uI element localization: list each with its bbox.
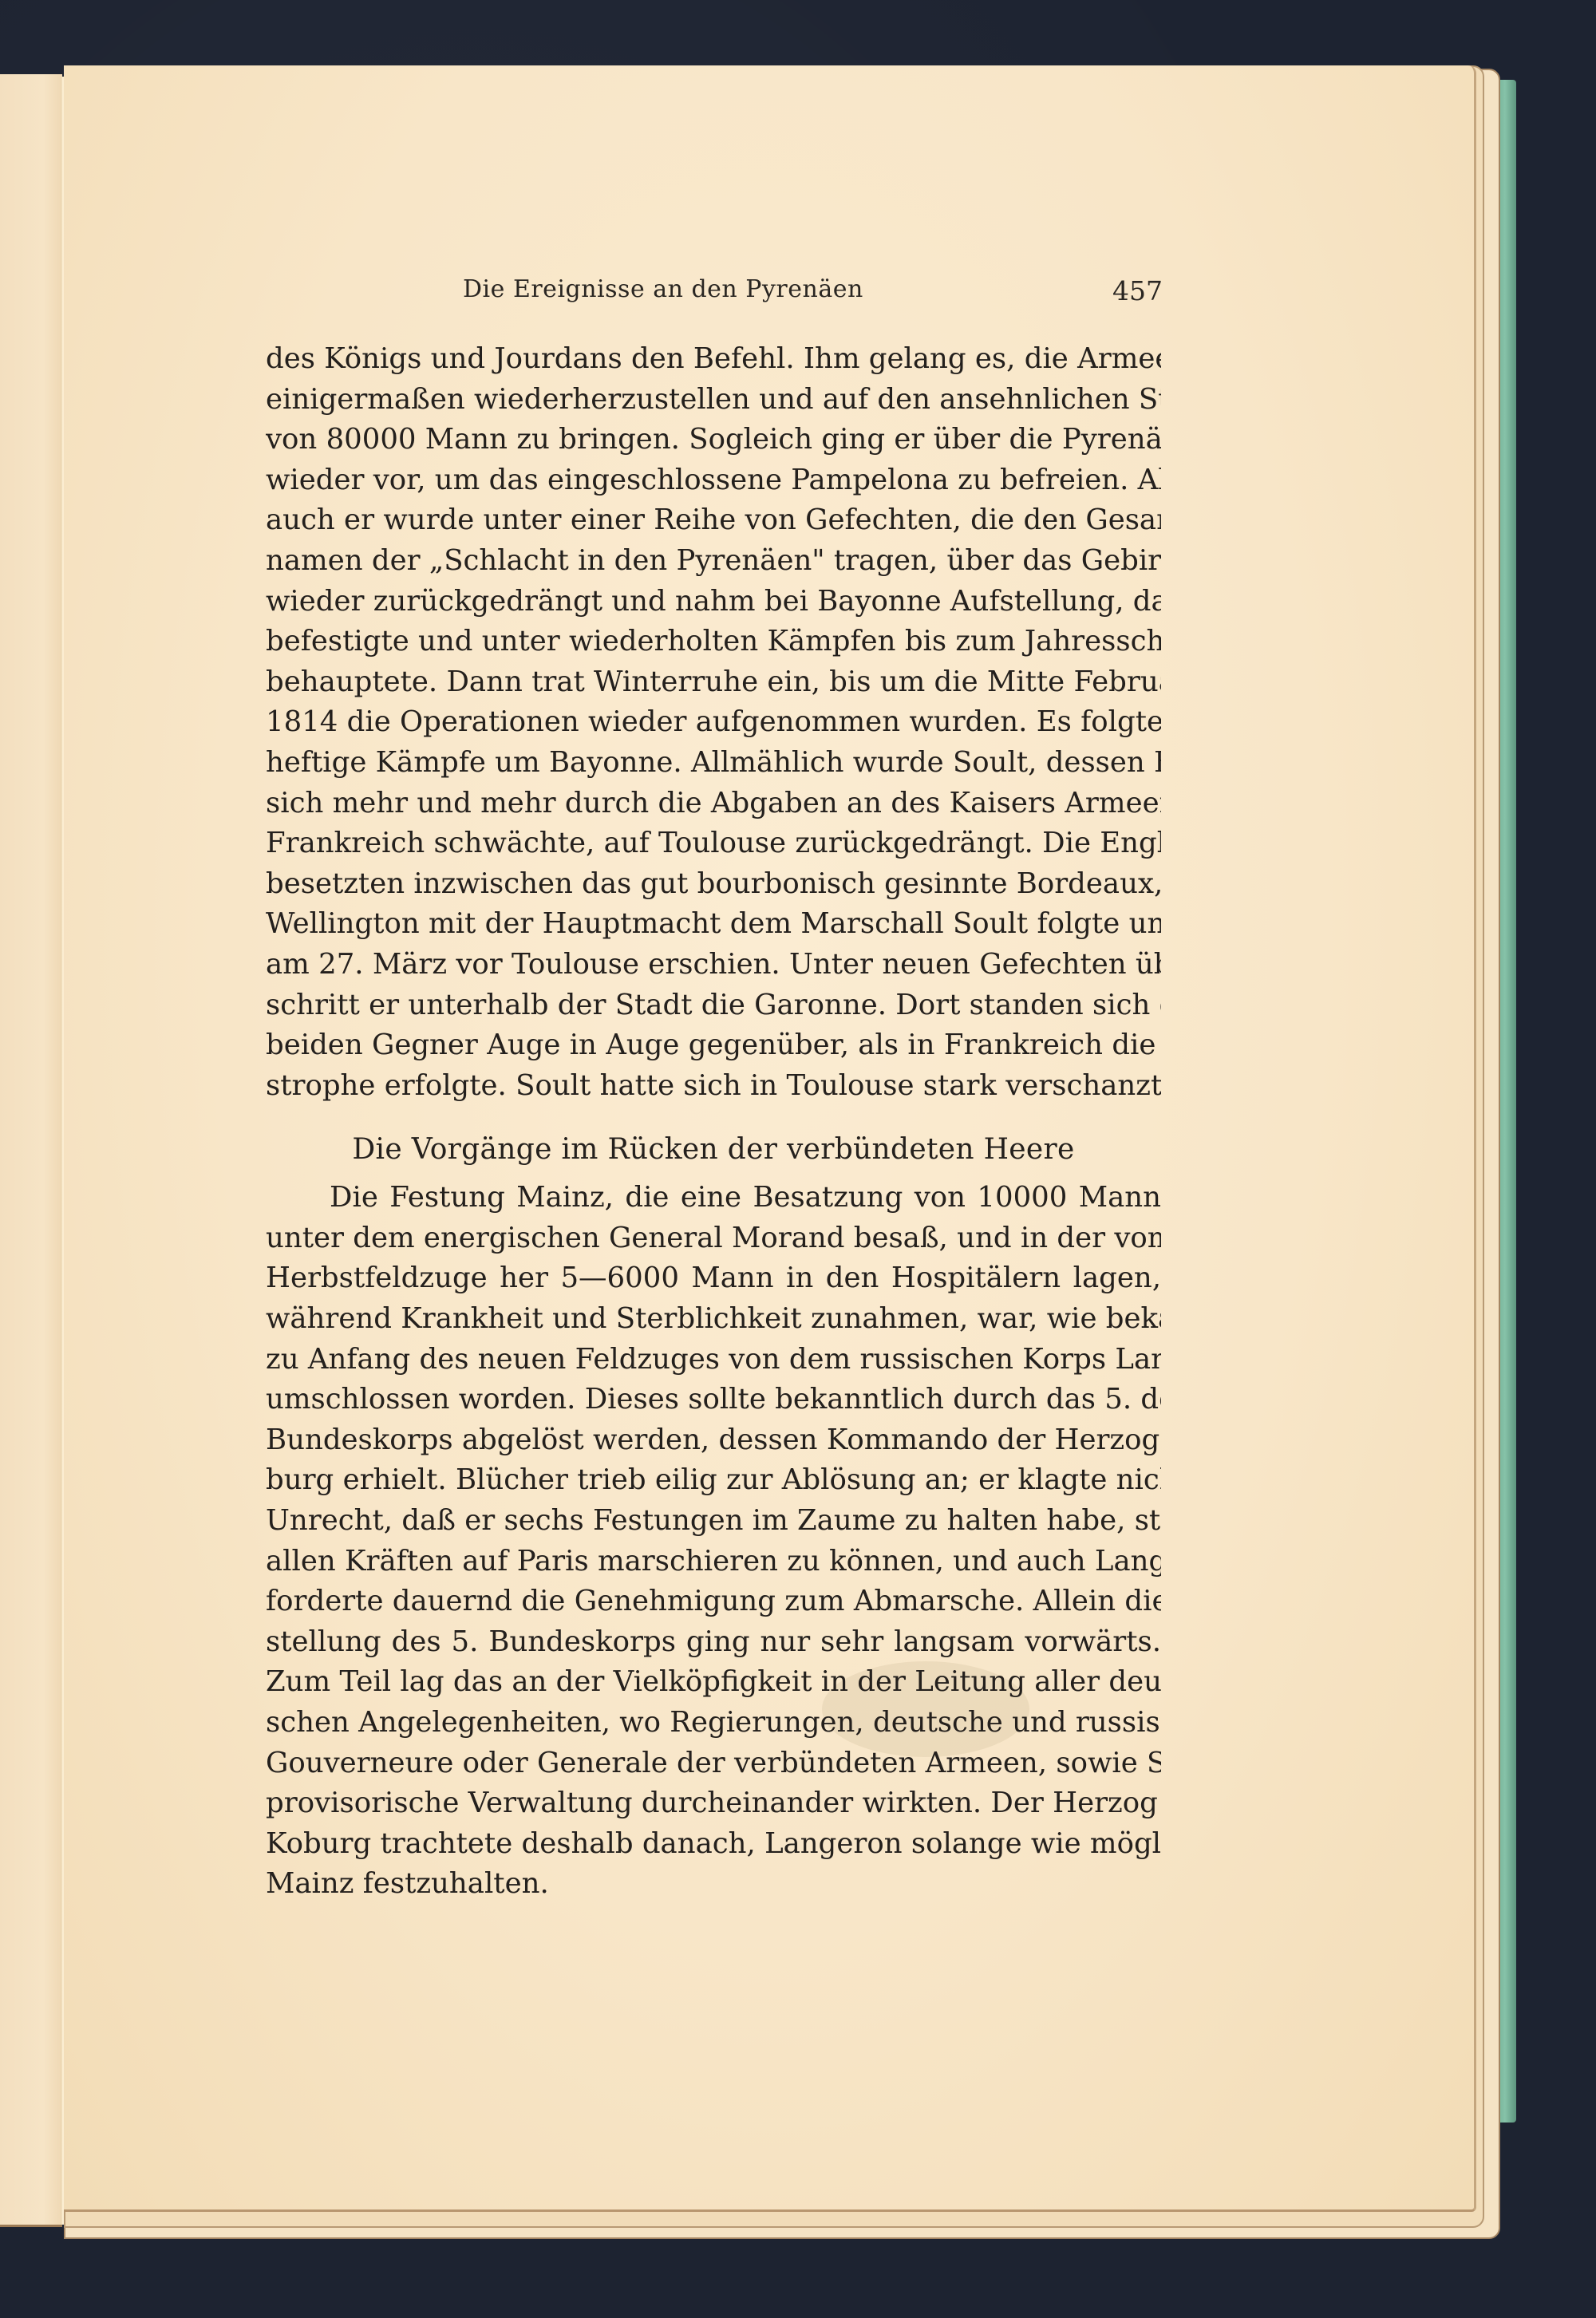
text-line: zu Anfang des neuen Feldzuges von dem ru… [266, 1340, 1161, 1380]
text-line: namen der „Schlacht in den Pyrenäen" tra… [266, 541, 1161, 582]
text-line: Koburg trachtete deshalb danach, Langero… [266, 1824, 1161, 1865]
paragraph-1: des Königs und Jourdans den Befehl. Ihm … [266, 339, 1161, 1106]
text-line: besetzten inzwischen das gut bourbonisch… [266, 864, 1161, 905]
text-line: auch er wurde unter einer Reihe von Gefe… [266, 500, 1161, 541]
text-line: stellung des 5. Bundeskorps ging nur seh… [266, 1622, 1161, 1663]
text-line: Frankreich schwächte, auf Toulouse zurüc… [266, 823, 1161, 864]
text-line: beiden Gegner Auge in Auge gegenüber, al… [266, 1025, 1161, 1066]
text-line: wieder vor, um das eingeschlossene Pampe… [266, 460, 1161, 501]
text-line: unter dem energischen General Morand bes… [266, 1218, 1161, 1259]
text-line: Zum Teil lag das an der Vielköpfigkeit i… [266, 1662, 1161, 1703]
text-line: befestigte und unter wiederholten Kämpfe… [266, 622, 1161, 662]
text-line: Herbstfeldzuge her 5—6000 Mann in den Ho… [266, 1258, 1161, 1299]
running-title: Die Ereignisse an den Pyrenäen [463, 275, 863, 303]
text-line: Die Festung Mainz, die eine Besatzung vo… [266, 1178, 1161, 1218]
text-line: strophe erfolgte. Soult hatte sich in To… [266, 1066, 1161, 1107]
text-line: wieder zurückgedrängt und nahm bei Bayon… [266, 582, 1161, 622]
text-line: schritt er unterhalb der Stadt die Garon… [266, 985, 1161, 1026]
text-line: während Krankheit und Sterblichkeit zuna… [266, 1299, 1161, 1340]
text-line: Gouverneure oder Generale der verbündete… [266, 1743, 1161, 1784]
text-line: provisorische Verwaltung durcheinander w… [266, 1783, 1161, 1824]
body-text: des Königs und Jourdans den Befehl. Ihm … [266, 339, 1161, 1905]
section-heading: Die Vorgänge im Rücken der verbündeten H… [266, 1130, 1161, 1173]
text-line: Mainz festzuhalten. [266, 1864, 1161, 1905]
facing-page-edge [0, 74, 62, 2227]
text-line: sich mehr und mehr durch die Abgaben an … [266, 784, 1161, 824]
paragraph-2: Die Festung Mainz, die eine Besatzung vo… [266, 1178, 1161, 1905]
text-line: schen Angelegenheiten, wo Regierungen, d… [266, 1703, 1161, 1743]
text-line: Bundeskorps abgelöst werden, dessen Komm… [266, 1420, 1161, 1461]
running-header: Die Ereignisse an den Pyrenäen 457 [0, 267, 1596, 315]
text-line: allen Kräften auf Paris marschieren zu k… [266, 1542, 1161, 1582]
text-line: umschlossen worden. Dieses sollte bekann… [266, 1380, 1161, 1420]
text-line: am 27. März vor Toulouse erschien. Unter… [266, 945, 1161, 985]
text-line: von 80000 Mann zu bringen. Sogleich ging… [266, 420, 1161, 460]
text-line: Wellington mit der Hauptmacht dem Marsch… [266, 904, 1161, 945]
page-number: 457 [1112, 275, 1163, 306]
text-line: einigermaßen wiederherzustellen und auf … [266, 380, 1161, 421]
text-line: forderte dauernd die Genehmigung zum Abm… [266, 1582, 1161, 1622]
text-line: 1814 die Operationen wieder aufgenommen … [266, 702, 1161, 743]
text-line: des Königs und Jourdans den Befehl. Ihm … [266, 339, 1161, 380]
text-line: burg erhielt. Blücher trieb eilig zur Ab… [266, 1460, 1161, 1501]
text-line: Unrecht, daß er sechs Festungen im Zaume… [266, 1501, 1161, 1542]
text-line: behauptete. Dann trat Winterruhe ein, bi… [266, 662, 1161, 703]
text-line: heftige Kämpfe um Bayonne. Allmählich wu… [266, 743, 1161, 784]
